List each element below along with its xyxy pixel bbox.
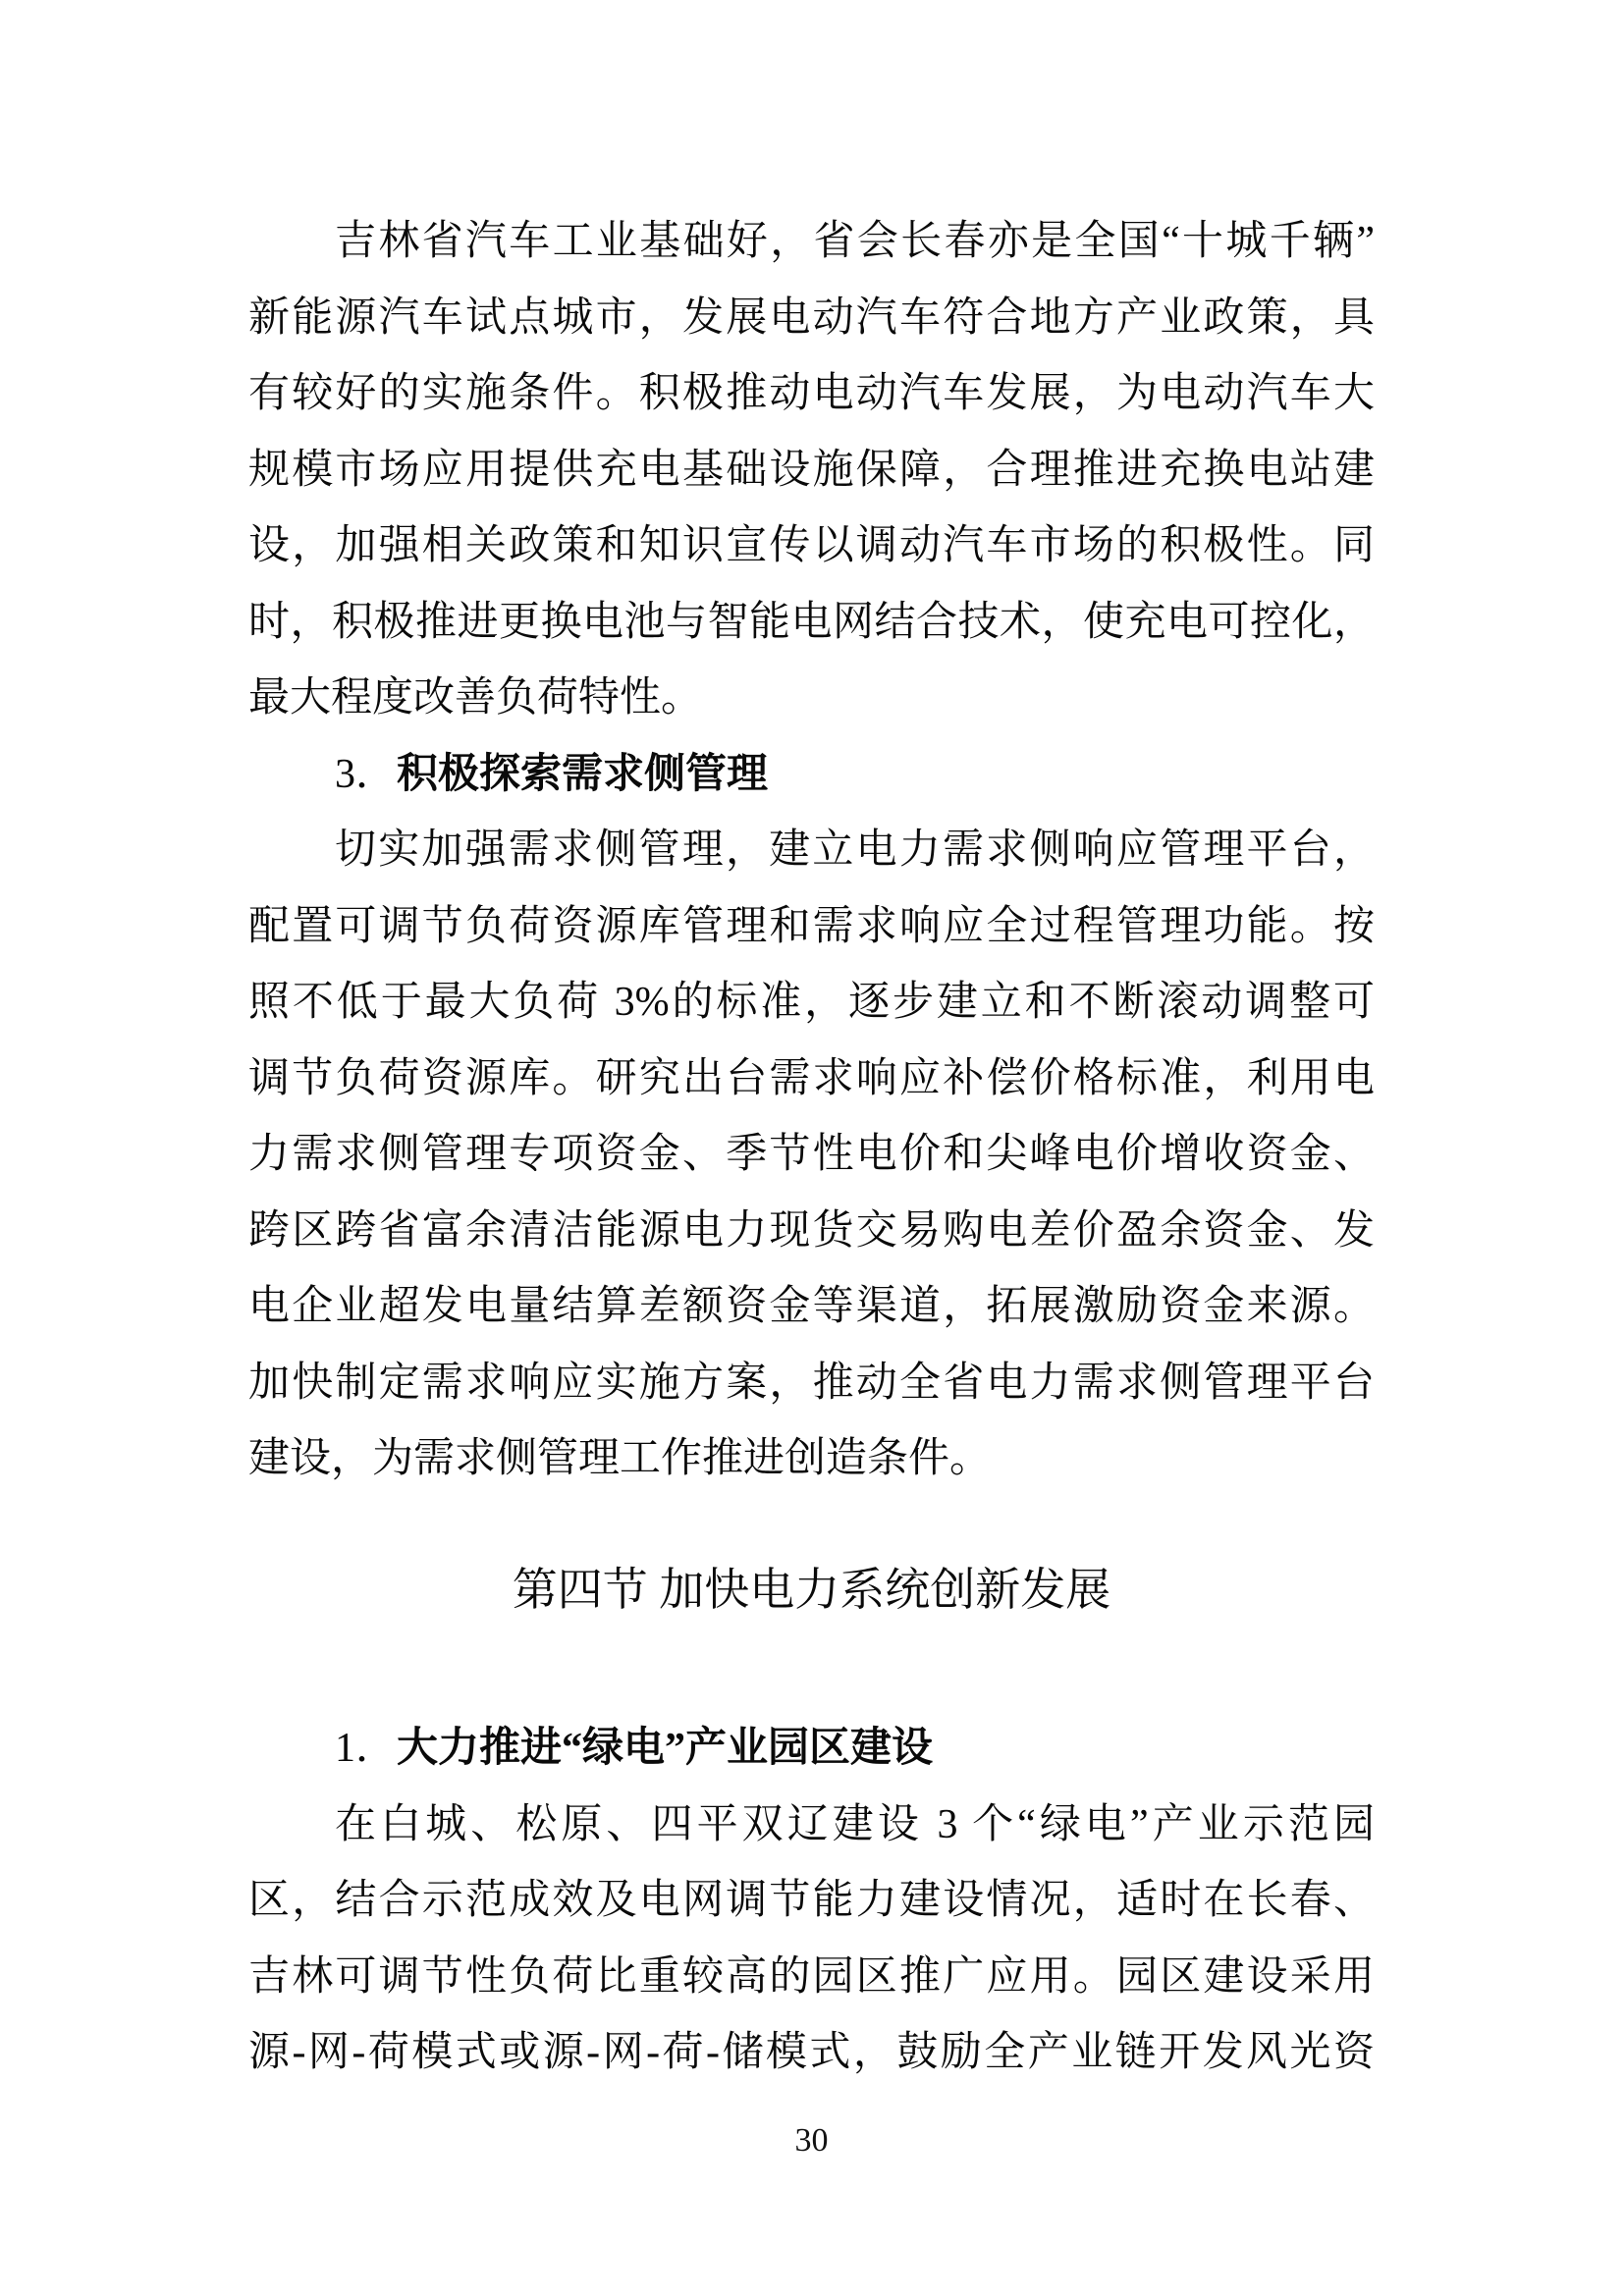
heading-label: 积极探索需求侧管理	[397, 752, 768, 797]
text-line: 吉林省汽车工业基础好，省会长春亦是全国“十城千辆”	[248, 204, 1375, 281]
text-line: 调节负荷资源库。研究出台需求响应补偿价格标准，利用电	[248, 1041, 1375, 1118]
text-line: 建设，为需求侧管理工作推进创造条件。	[248, 1421, 1375, 1498]
text-line: 切实加强需求侧管理，建立电力需求侧响应管理平台，	[248, 813, 1375, 889]
text-line: 电企业超发电量结算差额资金等渠道，拓展激励资金来源。	[248, 1269, 1375, 1346]
text-line: 力需求侧管理专项资金、季节性电价和尖峰电价增收资金、	[248, 1117, 1375, 1194]
text-line: 吉林可调节性负荷比重较高的园区推广应用。园区建设采用	[248, 1940, 1375, 2016]
paragraph: 在白城、松原、四平双辽建设 3 个“绿电”产业示范园区，结合示范成效及电网调节能…	[248, 1788, 1375, 2092]
text-line: 设，加强相关政策和知识宣传以调动汽车市场的积极性。同	[248, 508, 1375, 585]
document-page: 吉林省汽车工业基础好，省会长春亦是全国“十城千辆”新能源汽车试点城市，发展电动汽…	[0, 0, 1624, 2296]
section-heading: 第四节 加快电力系统创新发展	[248, 1552, 1375, 1629]
text-line: 区，结合示范成效及电网调节能力建设情况，适时在长春、	[248, 1863, 1375, 1940]
numbered-heading: 3．积极探索需求侧管理	[248, 737, 1375, 814]
text-line: 在白城、松原、四平双辽建设 3 个“绿电”产业示范园	[248, 1788, 1375, 1864]
text-line: 有较好的实施条件。积极推动电动汽车发展，为电动汽车大	[248, 356, 1375, 433]
page-footer: 30	[248, 2122, 1375, 2160]
heading-number: 1．	[335, 1726, 397, 1771]
text-line: 规模市场应用提供充电基础设施保障，合理推进充换电站建	[248, 433, 1375, 509]
paragraph: 切实加强需求侧管理，建立电力需求侧响应管理平台，配置可调节负荷资源库管理和需求响…	[248, 813, 1375, 1498]
heading-label: 大力推进“绿电”产业园区建设	[397, 1726, 933, 1771]
text-line: 最大程度改善负荷特性。	[248, 661, 1375, 737]
text-line: 时，积极推进更换电池与智能电网结合技术，使充电可控化，	[248, 585, 1375, 662]
document-content: 吉林省汽车工业基础好，省会长春亦是全国“十城千辆”新能源汽车试点城市，发展电动汽…	[248, 204, 1375, 2092]
text-line: 新能源汽车试点城市，发展电动汽车符合地方产业政策，具	[248, 281, 1375, 357]
numbered-heading: 1．大力推进“绿电”产业园区建设	[248, 1711, 1375, 1788]
text-line: 源-网-荷模式或源-网-荷-储模式，鼓励全产业链开发风光资	[248, 2015, 1375, 2092]
text-line: 加快制定需求响应实施方案，推动全省电力需求侧管理平台	[248, 1346, 1375, 1422]
heading-number: 3．	[335, 752, 397, 797]
page-number: 30	[795, 2122, 829, 2159]
paragraph: 吉林省汽车工业基础好，省会长春亦是全国“十城千辆”新能源汽车试点城市，发展电动汽…	[248, 204, 1375, 737]
text-line: 配置可调节负荷资源库管理和需求响应全过程管理功能。按	[248, 889, 1375, 966]
text-line: 照不低于最大负荷 3%的标准，逐步建立和不断滚动调整可	[248, 965, 1375, 1041]
text-line: 跨区跨省富余清洁能源电力现货交易购电差价盈余资金、发	[248, 1194, 1375, 1270]
